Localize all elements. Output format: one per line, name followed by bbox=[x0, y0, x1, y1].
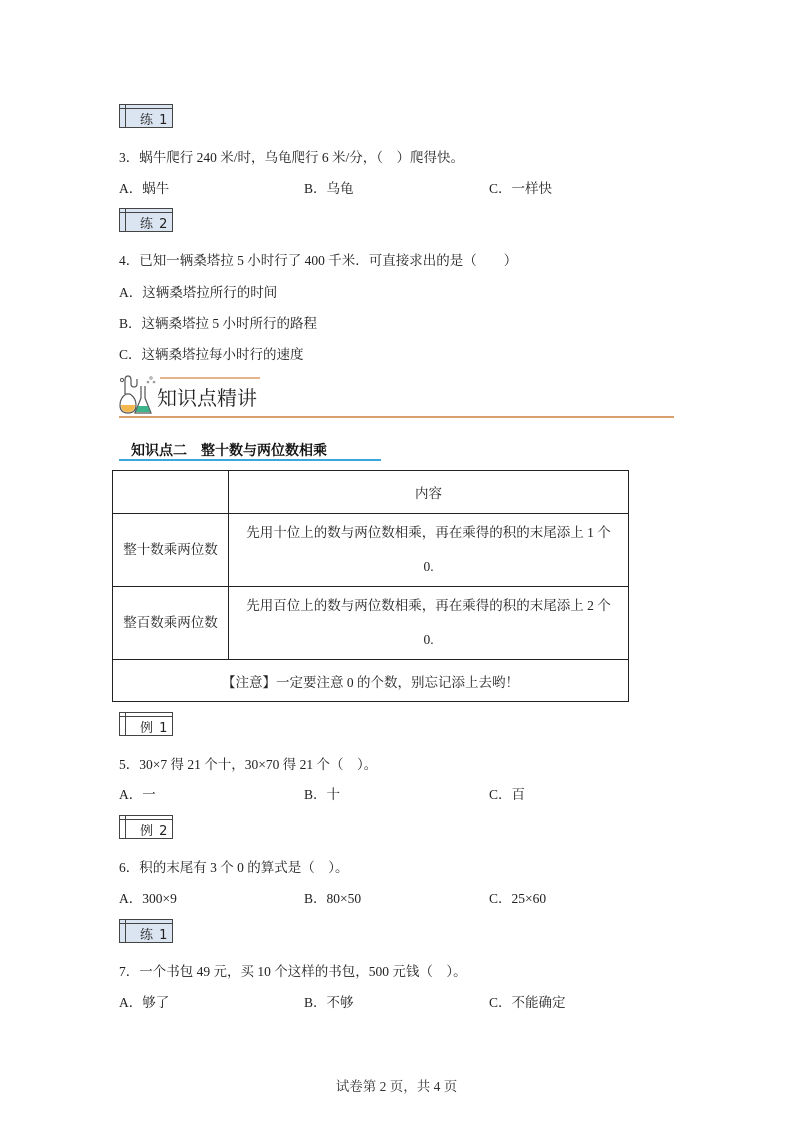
table-row: 整十数乘两位数 先用十位上的数与两位数相乘，再在乘得的积的末尾添上 1 个 0. bbox=[113, 514, 629, 587]
knowledge-point-underline bbox=[119, 459, 381, 461]
table-note: 【注意】一定要注意 0 的个数，别忘记添上去哟！ bbox=[113, 660, 629, 702]
question-7: 7．一个书包 49 元，买 10 个这样的书包，500 元钱（ ）。 bbox=[119, 960, 467, 980]
option-c: C．百 bbox=[489, 783, 525, 803]
badge-label: 例 1 bbox=[140, 717, 168, 736]
table-header-cell: 内容 bbox=[229, 471, 629, 514]
page-footer: 试卷第 2 页，共 4 页 bbox=[0, 1075, 793, 1095]
practice-badge: 练 1 bbox=[119, 104, 173, 128]
row-content: 先用百位上的数与两位数相乘，再在乘得的积的末尾添上 2 个 0. bbox=[229, 587, 629, 660]
table-header-cell bbox=[113, 471, 229, 514]
option-a: A．一 bbox=[119, 783, 156, 803]
question-3: 3．蜗牛爬行 240 米/时，乌龟爬行 6 米/分，（ ）爬得快。 bbox=[119, 146, 464, 166]
section-divider bbox=[119, 416, 674, 418]
badge-label: 例 2 bbox=[140, 820, 168, 839]
badge-label: 练 1 bbox=[140, 109, 168, 128]
option-c: C．不能确定 bbox=[489, 991, 566, 1011]
option-a: A．蜗牛 bbox=[119, 177, 169, 197]
option-b: B．不够 bbox=[304, 991, 354, 1011]
knowledge-point-title: 知识点二 整十数与两位数相乘 bbox=[131, 440, 327, 460]
row-label: 整十数乘两位数 bbox=[113, 514, 229, 587]
content-line: 先用十位上的数与两位数相乘，再在乘得的积的末尾添上 1 个 bbox=[235, 516, 622, 550]
option-c: C．25×60 bbox=[489, 887, 546, 907]
option-b: B．十 bbox=[304, 783, 340, 803]
question-6: 6．积的末尾有 3 个 0 的算式是（ ）。 bbox=[119, 856, 349, 876]
option-a: A．够了 bbox=[119, 991, 169, 1011]
option-b: B．80×50 bbox=[304, 887, 361, 907]
knowledge-table: 内容 整十数乘两位数 先用十位上的数与两位数相乘，再在乘得的积的末尾添上 1 个… bbox=[112, 470, 629, 702]
option-a: A．300×9 bbox=[119, 887, 177, 907]
practice-badge: 练 1 bbox=[119, 919, 173, 943]
badge-label: 练 2 bbox=[140, 213, 168, 232]
option-c: C．这辆桑塔拉每小时行的速度 bbox=[119, 343, 304, 363]
option-b: B．这辆桑塔拉 5 小时所行的路程 bbox=[119, 312, 317, 332]
section-top-rule bbox=[160, 377, 260, 379]
content-line: 0. bbox=[235, 623, 622, 657]
example-badge: 例 2 bbox=[119, 815, 173, 839]
lab-flask-icon bbox=[119, 374, 157, 416]
row-label: 整百数乘两位数 bbox=[113, 587, 229, 660]
row-content: 先用十位上的数与两位数相乘，再在乘得的积的末尾添上 1 个 0. bbox=[229, 514, 629, 587]
section-title: 知识点精讲 bbox=[157, 382, 257, 411]
question-5: 5．30×7 得 21 个十，30×70 得 21 个（ ）。 bbox=[119, 753, 377, 773]
table-row: 整百数乘两位数 先用百位上的数与两位数相乘，再在乘得的积的末尾添上 2 个 0. bbox=[113, 587, 629, 660]
practice-badge: 练 2 bbox=[119, 208, 173, 232]
table-header-row: 内容 bbox=[113, 471, 629, 514]
example-badge: 例 1 bbox=[119, 712, 173, 736]
badge-label: 练 1 bbox=[140, 924, 168, 943]
option-a: A．这辆桑塔拉所行的时间 bbox=[119, 281, 277, 301]
option-b: B．乌龟 bbox=[304, 177, 354, 197]
option-c: C．一样快 bbox=[489, 177, 552, 197]
content-line: 先用百位上的数与两位数相乘，再在乘得的积的末尾添上 2 个 bbox=[235, 589, 622, 623]
content-line: 0. bbox=[235, 550, 622, 584]
table-note-row: 【注意】一定要注意 0 的个数，别忘记添上去哟！ bbox=[113, 660, 629, 702]
question-4: 4．已知一辆桑塔拉 5 小时行了 400 千米．可直接求出的是（ ） bbox=[119, 249, 517, 269]
